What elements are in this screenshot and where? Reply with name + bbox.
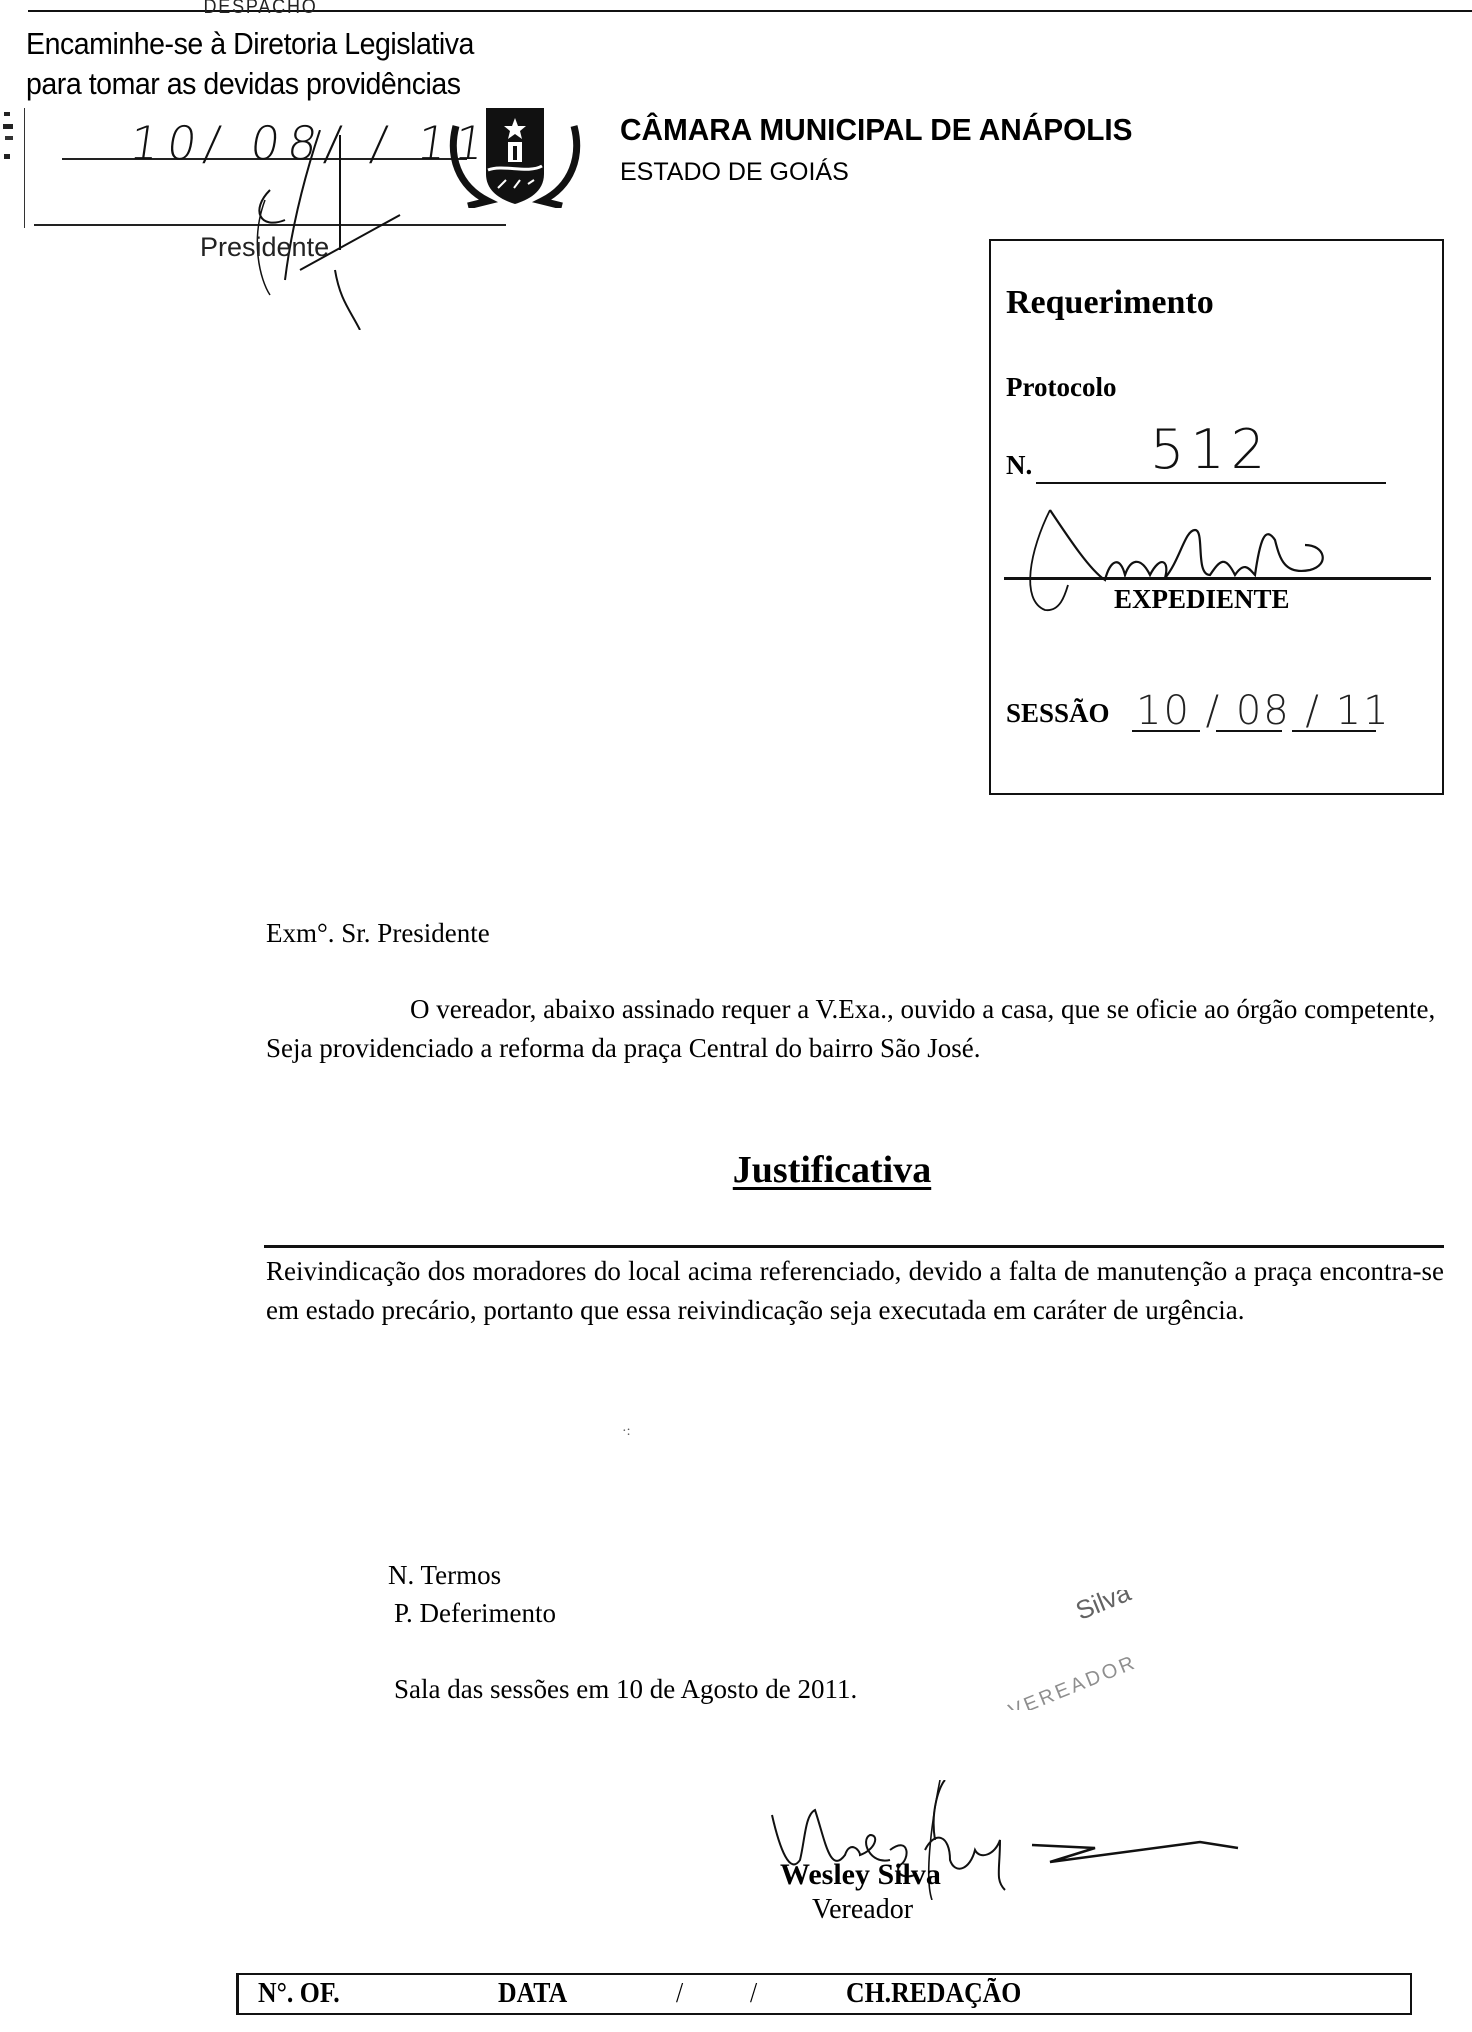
protocol-number-value: 512 xyxy=(1150,418,1271,481)
session-month: 08 xyxy=(1236,688,1291,734)
session-date: 10 / 08 / 11 xyxy=(1136,688,1391,734)
org-name: CÂMARA MUNICIPAL DE ANÁPOLIS xyxy=(620,112,1133,148)
justification-text: Reivindicação dos moradores do local aci… xyxy=(266,1252,1444,1330)
stamp-forward-line1: Encaminhe-se à Diretoria Legislativa xyxy=(26,26,474,62)
stamp-forward-line2: para tomar as devidas providências xyxy=(26,66,461,102)
faded-rubber-stamp: We Silva VEREADOR xyxy=(880,1590,1240,1710)
signer-name: Wesley Silva xyxy=(780,1858,941,1892)
greeting: Exm°. Sr. Presidente xyxy=(266,918,490,949)
coat-of-arms-icon xyxy=(448,96,582,208)
session-label: SESSÃO xyxy=(1006,698,1110,729)
svg-text:Silva: Silva xyxy=(1071,1590,1135,1626)
justification-title: Justificativa xyxy=(0,1148,1472,1192)
stamp-header-cut: DESPACHO xyxy=(204,0,357,14)
expediente-label: EXPEDIENTE xyxy=(1114,584,1290,615)
clerk-signature-line xyxy=(1004,577,1431,580)
date-separator-1: / xyxy=(676,1978,683,2010)
svg-text:We: We xyxy=(915,1700,976,1710)
session-year: 11 xyxy=(1336,688,1391,734)
date-separator-2: / xyxy=(750,1978,757,2010)
session-day: 10 xyxy=(1136,688,1191,734)
protocol-number-label: N. xyxy=(1006,450,1032,481)
svg-text:VEREADOR: VEREADOR xyxy=(1006,1651,1141,1710)
closing-request: P. Deferimento xyxy=(394,1598,556,1629)
routing-footer-box xyxy=(236,1973,1412,2015)
office-number-label: N°. OF. xyxy=(258,1978,340,2010)
org-state: ESTADO DE GOIÁS xyxy=(620,158,849,187)
protocol-number-line xyxy=(1036,482,1386,484)
signer-role: Vereador xyxy=(812,1894,913,1926)
protocol-label: Protocolo xyxy=(1006,372,1116,403)
stamp-border xyxy=(24,108,25,228)
protocol-title: Requerimento xyxy=(1006,284,1214,322)
place-date: Sala das sessões em 10 de Agosto de 2011… xyxy=(394,1674,857,1705)
president-signature-icon xyxy=(190,130,430,330)
stamp-president-label: Presidente xyxy=(200,232,329,263)
scan-speckle-icon xyxy=(2,110,22,170)
redaction-label: CH.REDAÇÃO xyxy=(846,1978,1021,2010)
request-paragraph: O vereador, abaixo assinado requer a V.E… xyxy=(266,990,1444,1068)
justification-rule xyxy=(264,1245,1444,1248)
scan-dot: ·: xyxy=(622,1424,631,1440)
date-label: DATA xyxy=(498,1978,567,2010)
closing-terms: N. Termos xyxy=(388,1560,501,1591)
